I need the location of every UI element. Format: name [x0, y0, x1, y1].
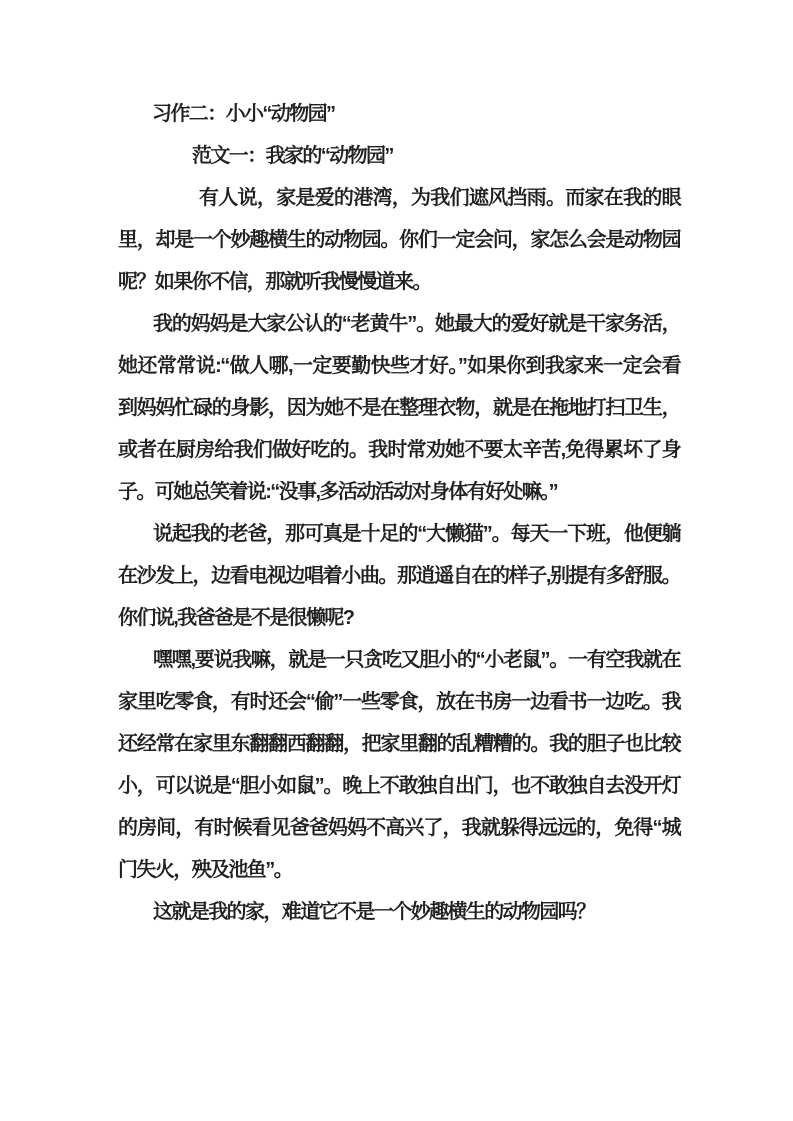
text-line: 你们说,我爸爸是不是很懒呢?	[118, 597, 680, 639]
text-line: 里，却是一个妙趣横生的动物园。你们一定会问，家怎么会是动物园	[118, 219, 680, 261]
text-line: 嘿嘿,要说我嘛，就是一只贪吃又胆小的“小老鼠”。一有空我就在	[118, 639, 680, 681]
text-line: 我的妈妈是大家公认的“老黄牛”。她最大的爱好就是干家务活，	[118, 303, 680, 345]
text-line: 在沙发上，边看电视边唱着小曲。那逍遥自在的样子,别提有多舒服。	[118, 555, 680, 597]
text-line: 这就是我的家，难道它不是一个妙趣横生的动物园吗？	[118, 891, 680, 933]
text-line: 小，可以说是“胆小如鼠”。晚上不敢独自出门，也不敢独自去没开灯	[118, 765, 680, 807]
text-line: 或者在厨房给我们做好吃的。我时常劝她不要太辛苦,免得累坏了身	[118, 429, 680, 471]
text-line: 有人说，家是爱的港湾，为我们遮风挡雨。而家在我的眼	[118, 177, 680, 219]
text-line: 的房间，有时候看见爸爸妈妈不高兴了，我就躲得远远的，免得“城	[118, 807, 680, 849]
text-line: 到妈妈忙碌的身影，因为她不是在整理衣物，就是在拖地打扫卫生，	[118, 387, 680, 429]
text-line: 呢？如果你不信，那就听我慢慢道来。	[118, 261, 680, 303]
text-line: 习作二：小小“动物园”	[118, 93, 680, 135]
text-line: 家里吃零食，有时还会“偷”一些零食，放在书房一边看书一边吃。我	[118, 681, 680, 723]
text-line: 还经常在家里东翻翻西翻翻，把家里翻的乱糟糟的。我的胆子也比较	[118, 723, 680, 765]
text-line: 她还常常说:“做人哪,一定要勤快些才好。”如果你到我家来一定会看	[118, 345, 680, 387]
document-page: 习作二：小小“动物园”范文一：我家的“动物园”有人说，家是爱的港湾，为我们遮风挡…	[0, 0, 793, 1121]
text-line: 范文一：我家的“动物园”	[118, 135, 680, 177]
essay-text: 习作二：小小“动物园”范文一：我家的“动物园”有人说，家是爱的港湾，为我们遮风挡…	[118, 93, 680, 933]
text-line: 门失火，殃及池鱼”。	[118, 849, 680, 891]
text-line: 子。可她总笑着说:“没事,多活动活动对身体有好处嘛。”	[118, 471, 680, 513]
text-line: 说起我的老爸，那可真是十足的“大懒猫”。每天一下班，他便躺	[118, 513, 680, 555]
